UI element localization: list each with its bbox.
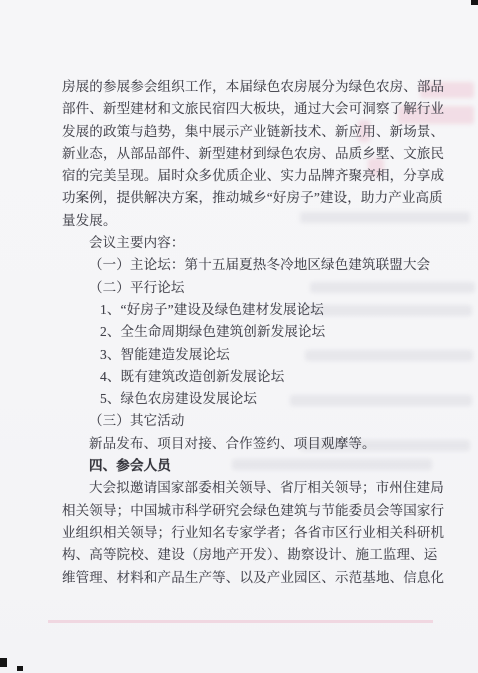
text-line: 5、绿色农房建设发展论坛 [0, 388, 478, 410]
text-line: 部件、新型建材和文旅民宿四大板块，通过大会可洞察了解行业 [0, 98, 478, 120]
text-line: （二）平行论坛 [0, 277, 478, 299]
text-line: 发展的政策与趋势，集中展示产业链新技术、新应用、新场景、 [0, 121, 478, 143]
text-line: 4、既有建筑改造创新发展论坛 [0, 366, 478, 388]
scan-corner-mark [0, 658, 7, 667]
text-line: 新业态，从部品部件、新型建材到绿色农房、品质乡墅、文旅民 [0, 143, 478, 165]
text-line: 新品发布、项目对接、合作签约、项目观摩等。 [0, 433, 478, 455]
scan-corner-mark [471, 0, 478, 5]
text-line: 大会拟邀请国家部委相关领导、省厅相关领导；市州住建局 [0, 477, 478, 499]
text-line: 2、全生命周期绿色建筑创新发展论坛 [0, 321, 478, 343]
text-line: 量发展。 [0, 210, 478, 232]
text-line: 1、“好房子”建设及绿色建材发展论坛 [0, 299, 478, 321]
text-line: （三）其它活动 [0, 410, 478, 432]
text-block: 房展的参展参会组织工作，本届绿色农房展分为绿色农房、部品部件、新型建材和文旅民宿… [0, 76, 478, 589]
text-line: 功案例，提供解决方案，推动城乡“好房子”建设，助力产业高质 [0, 187, 478, 209]
text-line: 业组织相关领导；行业知名专家学者；各省市区行业相关科研机 [0, 522, 478, 544]
text-line: 3、智能建造发展论坛 [0, 344, 478, 366]
section-heading: 四、参会人员 [0, 455, 478, 477]
scanned-page: 房展的参展参会组织工作，本届绿色农房展分为绿色农房、部品部件、新型建材和文旅民宿… [0, 0, 478, 673]
text-line: 会议主要内容： [0, 232, 478, 254]
text-line: 相关领导；中国城市科学研究会绿色建筑与节能委员会等国家行 [0, 500, 478, 522]
text-line: 宿的完美呈现。届时众多优质企业、实力品牌齐聚亮相，分享成 [0, 165, 478, 187]
text-line: 构、高等院校、建设（房地产开发）、勘察设计、施工监理、运 [0, 544, 478, 566]
text-line: （一）主论坛：第十五届夏热冬冷地区绿色建筑联盟大会 [0, 254, 478, 276]
text-line: 房展的参展参会组织工作，本届绿色农房展分为绿色农房、部品 [0, 76, 478, 98]
text-line: 维管理、材料和产品生产等、以及产业园区、示范基地、信息化 [0, 567, 478, 589]
scan-artifact-line [48, 620, 433, 623]
scan-corner-mark [17, 666, 23, 671]
